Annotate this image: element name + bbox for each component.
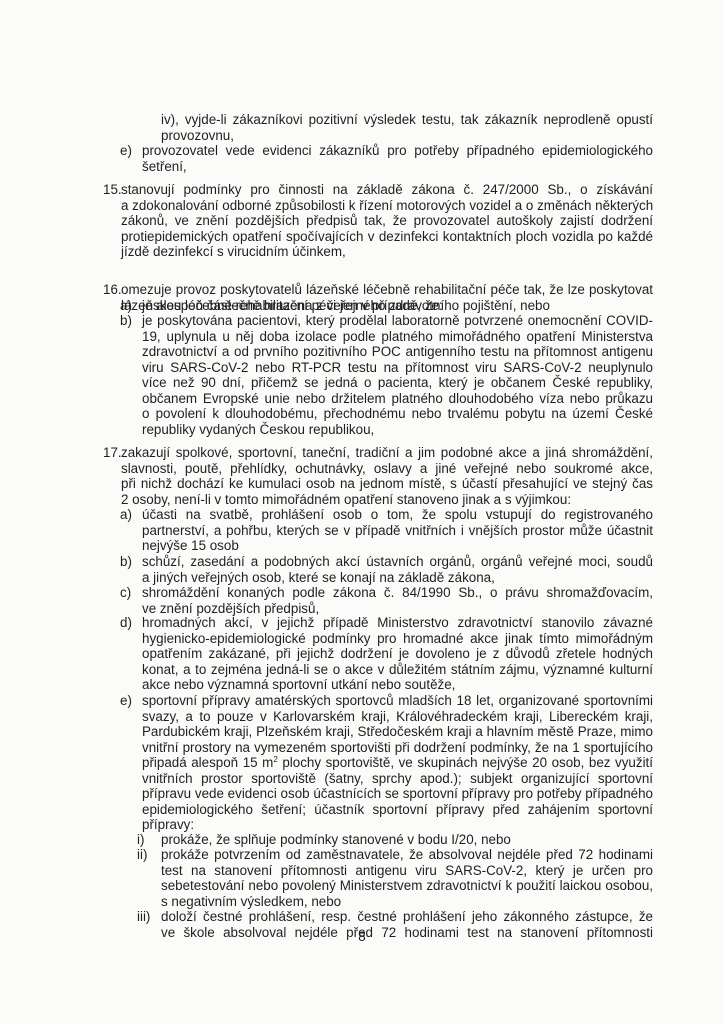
paragraph-text: stanovují podmínky pro činnosti na zákla… [121, 182, 653, 260]
list-marker: b) [120, 554, 132, 570]
list-marker: c) [120, 585, 131, 601]
text-line: a zdokonalování odborné způsobilosti k ř… [121, 198, 653, 214]
list-marker: e) [120, 693, 132, 709]
text-line: jízdě dezinfekcí s virucidním účinkem, [121, 244, 653, 260]
text-line: účasti na svatbě, prohlášení osob o tom,… [142, 507, 653, 523]
paragraph-text: schůzí, zasedání a podobných akcí ústavn… [142, 554, 653, 585]
text-line: občanem Evropské unie nebo držitelem pla… [142, 391, 653, 407]
paragraph-text: zakazují spolkové, sportovní, taneční, t… [121, 445, 653, 507]
text-line: je alespoň částečně hrazena z veřejného … [142, 298, 653, 314]
text-line: zákonů, ve znění pozdějších předpisů tak… [121, 213, 653, 229]
list-marker: i) [137, 832, 144, 848]
text-line: republiky vydaných Českou republikou, [142, 422, 653, 438]
text-line: ve znění pozdějších předpisů, [142, 601, 653, 617]
paragraph-text: hromadných akcí, v jejichž případě Minis… [142, 615, 653, 693]
text-line: test na stanovení přítomnosti antigenu v… [161, 863, 653, 879]
text-line: protiepidemických opatření spočívajících… [121, 229, 653, 245]
text-line: šetření, [142, 159, 653, 175]
text-line: provozovnu, [161, 128, 653, 144]
text-line: zdravotnictví a od prvního pozitivního P… [142, 344, 653, 360]
text-line: hromadných akcí, v jejichž případě Minis… [142, 615, 653, 631]
text-line: je poskytována pacientovi, který proděla… [142, 313, 653, 329]
text-line: zakazují spolkové, sportovní, taneční, t… [121, 445, 653, 461]
text-line: doloží čestné prohlášení, resp. čestné p… [161, 909, 653, 925]
list-marker: 15. [103, 182, 122, 198]
text-line: akce nebo významná sportovní utkání nebo… [142, 677, 653, 693]
text-line: o povolení k dlouhodobému, přechodnému n… [142, 406, 653, 422]
paragraph-text: prokáže, že splňuje podmínky stanovené v… [161, 832, 653, 848]
text-line: stanovují podmínky pro činnosti na zákla… [121, 182, 653, 198]
list-marker: e) [120, 143, 132, 159]
text-line: provozovatel vede evidenci zákazníků pro… [142, 143, 653, 159]
text-line: přípravy: [142, 817, 653, 833]
text-line: při nichž dochází ke kumulaci osob na je… [121, 476, 653, 492]
list-marker: b) [120, 313, 132, 329]
paragraph-text: je poskytována pacientovi, který proděla… [142, 313, 653, 437]
list-marker: ii) [137, 847, 147, 863]
text-line: sebetestování nebo povolený Ministerstve… [161, 878, 653, 894]
paragraph-text: iv), vyjde-li zákazníkovi pozitivní výsl… [161, 112, 653, 143]
text-line: schůzí, zasedání a podobných akcí ústavn… [142, 554, 653, 570]
text-line: hygienicko-epidemiologické podmínky pro … [142, 631, 653, 647]
text-line: iv), vyjde-li zákazníkovi pozitivní výsl… [161, 112, 653, 128]
document-page: iv), vyjde-li zákazníkovi pozitivní výsl… [0, 0, 724, 1024]
text-line: omezuje provoz poskytovatelů lázeňské lé… [121, 282, 653, 298]
text-line: s negativním výsledkem, nebo [161, 894, 653, 910]
list-marker: 16. [103, 282, 122, 298]
text-line: prokáže, že splňuje podmínky stanovené v… [161, 832, 653, 848]
text-line: slavnosti, poutě, přehlídky, ochutnávky,… [121, 461, 653, 477]
text-line: opatřením zakázané, při jejichž dodržení… [142, 646, 653, 662]
text-line: připadá alespoň 15 m2 plochy sportoviště… [142, 755, 653, 771]
text-line: svazy, a to pouze v Karlovarském kraji, … [142, 709, 653, 725]
text-line: Pardubickém kraji, Plzeňském kraji, Stře… [142, 724, 653, 740]
paragraph-text: sportovní přípravy amatérských sportovců… [142, 693, 653, 833]
text-line: vnitřních prostor sportoviště (šatny, sp… [142, 771, 653, 787]
list-marker: iii) [137, 909, 150, 925]
text-line: prokáže potvrzením od zaměstnavatele, že… [161, 847, 653, 863]
text-line: 2 osoby, není-li v tomto mimořádném opat… [121, 492, 653, 508]
text-line: epidemiologického šetření; účastník spor… [142, 802, 653, 818]
text-line: sportovní přípravy amatérských sportovců… [142, 693, 653, 709]
text-line: partnerství, a pohřbu, kterých se v příp… [142, 523, 653, 539]
paragraph-text: prokáže potvrzením od zaměstnavatele, že… [161, 847, 653, 909]
list-marker: d) [120, 615, 132, 631]
paragraph-text: účasti na svatbě, prohlášení osob o tom,… [142, 507, 653, 554]
text-line: více než 90 dní, přičemž se jedná o paci… [142, 375, 653, 391]
text-line: 19, uplynula u něj doba izolace podle pl… [142, 329, 653, 345]
list-marker: a) [120, 298, 132, 314]
text-line: shromáždění konaných podle zákona č. 84/… [142, 585, 653, 601]
list-marker: 17. [103, 445, 122, 461]
text-line: a jiných veřejných osob, které se konají… [142, 570, 653, 586]
paragraph-text: shromáždění konaných podle zákona č. 84/… [142, 585, 653, 616]
text-line: přípravu vede evidenci osob účastnících … [142, 786, 653, 802]
text-line: nejvýše 15 osob [142, 538, 653, 554]
paragraph-text: provozovatel vede evidenci zákazníků pro… [142, 143, 653, 174]
list-marker: a) [120, 507, 132, 523]
text-line: vnitřní prostory na vymezeném sportovišt… [142, 740, 653, 756]
text-line: konat, a to zejména jedná-li se o akce v… [142, 662, 653, 678]
text-line: viru SARS-CoV-2 nebo RT-PCR testu na pří… [142, 360, 653, 376]
page-number: 8 [0, 929, 724, 944]
paragraph-text: je alespoň částečně hrazena z veřejného … [142, 298, 653, 314]
